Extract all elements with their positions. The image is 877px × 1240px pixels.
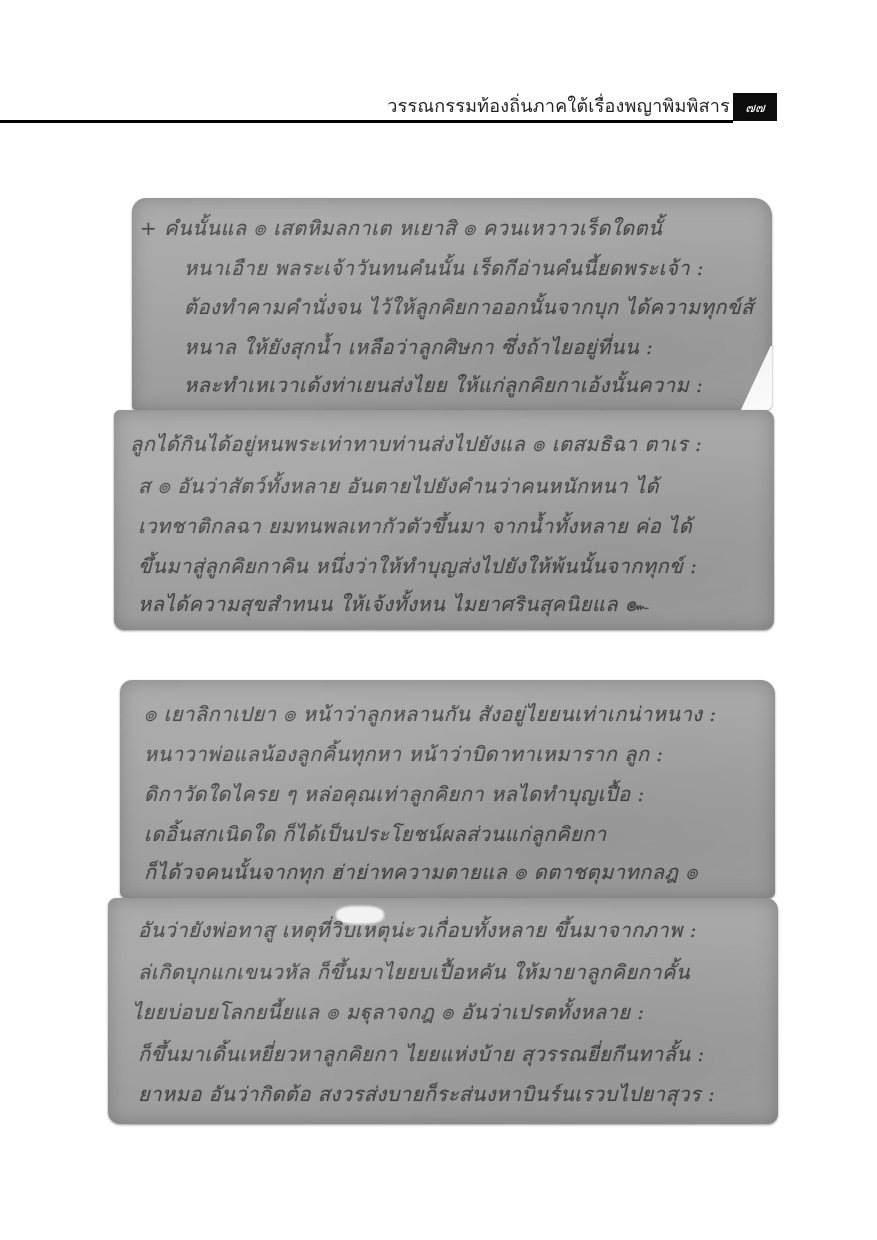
leaf-4-line-5: ยาหมอ อันว่ากิดต้อ สงวรส่งบายก็ระส่นงหาบ…	[108, 1078, 778, 1110]
manuscript-leaf-1: + คํนนั้นแล ๏ เสตหิมลกาเต หเยาสิ ๏ ควนเห…	[132, 198, 772, 410]
leaf-2-line-1: ลูกได้กินได้อยู่หนพระเท่าทาบท่านส่งไปยัง…	[114, 428, 774, 460]
manuscript-leaf-3: ๏ เยาลิกาเปยา ๏ หน้าว่าลูกหลานกัน สังอยู…	[120, 680, 775, 898]
leaf-3-line-4: เดอิ้นสกเนิดใด ก็ได้เป็นประโยชน์ผลส่วนแก…	[120, 818, 775, 850]
leaf-2-line-3: เวทชาติกลฉา ยมทนพลเทากัวตัวขึ้นมา จากนํ้…	[114, 510, 774, 542]
leaf-4-line-2: ล่เกิดบุกแกเขนวหัล ก็ขึ้นมาไยยบเปื้อหคัน…	[108, 956, 778, 988]
manuscript-leaf-4: อันว่ายังพ่อทาสู เหตุที่วิบเหตุน่ะวเกื่อ…	[108, 898, 778, 1124]
leaf-1-line-3: ต้องทําคามคํานั่งจน ไว้ให้ลูกคิยกาออกนั้…	[132, 291, 772, 323]
page-number-badge: ๗๗	[733, 93, 777, 121]
leaf-1-line-5: หละทําเหเวาเด้งท่าเยนส่งไยย ให้แก่ลูกคิย…	[132, 369, 772, 401]
leaf-4-line-3: ไยยบ่อบยโลกยนี้ยแล ๏ มฐุลาจกฎ ๏ อันว่าเป…	[108, 996, 778, 1028]
running-header-title: วรรณกรรมท้องถิ่นภาคใต้เรื่องพญาพิมพิสาร	[387, 91, 730, 120]
leaf-2-line-2: ส ๏ อันว่าสัตว์ทั้งหลาย อันตายไปยังคํานว…	[114, 470, 774, 502]
leaf-1-line-1: + คํนนั้นแล ๏ เสตหิมลกาเต หเยาสิ ๏ ควนเห…	[132, 212, 772, 244]
leaf-4-line-1: อันว่ายังพ่อทาสู เหตุที่วิบเหตุน่ะวเกื่อ…	[108, 914, 778, 946]
leaf-1-line-2: หนาเอืาย พลระเจ้าวันทนคํนนั้น เร็ดกีอ่าน…	[132, 252, 772, 284]
leaf-2-line-5: หลได้ความสุขสําทนน ให้เจ้งทั้งหน ไมยาศริ…	[114, 588, 774, 620]
leaf-1-line-4: หนาล ให้ยังสุกนํ้า เหลือว่าลูกศิษกา ซึ่ง…	[132, 331, 772, 363]
manuscript-leaf-2: ลูกได้กินได้อยู่หนพระเท่าทาบท่านส่งไปยัง…	[114, 410, 774, 630]
leaf-3-line-2: หนาวาพ่อแลน้องลูกคิ้นทุกหา หน้าว่าบิดาทา…	[120, 738, 775, 770]
leaf-3-line-1: ๏ เยาลิกาเปยา ๏ หน้าว่าลูกหลานกัน สังอยู…	[120, 698, 775, 730]
leaf-4-line-4: ก็ขึ้นมาเดิ้นเหยี่ยวหาลูกคิยกา ไยยแห่งบ้…	[108, 1038, 778, 1070]
page-number: ๗๗	[745, 97, 765, 118]
header-rule	[0, 120, 733, 123]
leaf-2-line-4: ขึ้นมาสู่ลูกคิยกาคิน หนึ่งว่าให้ทําบุญส่…	[114, 550, 774, 582]
leaf-3-line-3: ดิกาวัดใดไครย ๆ หล่อคุณเท่าลูกคิยกา หลได…	[120, 778, 775, 810]
leaf-3-line-5: ก็ได้วจคนนั้นจากทุก ฮ่าย่าทความตายแล ๏ ด…	[120, 856, 775, 888]
